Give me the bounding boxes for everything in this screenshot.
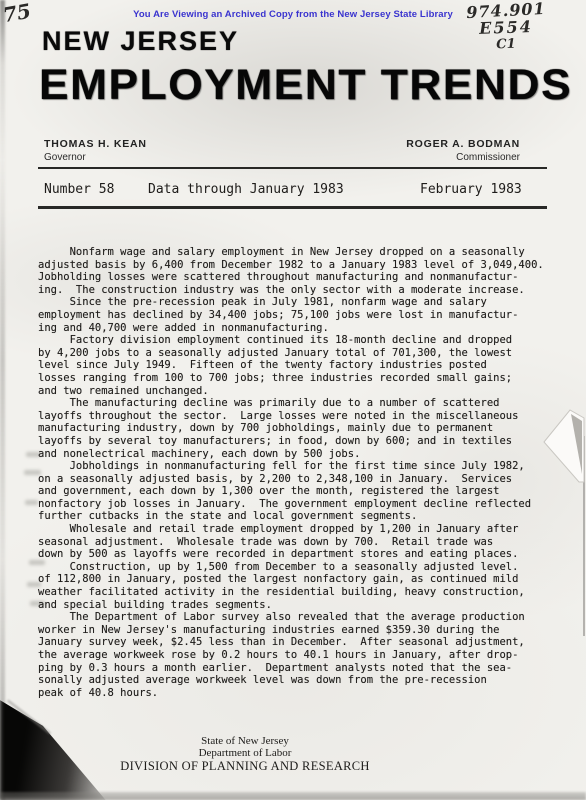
body-paragraph: Wholesale and retail trade employment dr… <box>38 523 544 561</box>
body-paragraph: The Department of Labor survey also reve… <box>38 611 544 699</box>
masthead-state: NEW JERSEY <box>42 26 239 57</box>
body-paragraph: Jobholdings in nonmanufacturing fell for… <box>38 460 544 523</box>
document-footer: State of New Jersey Department of Labor … <box>120 735 370 773</box>
governor-name: THOMAS H. KEAN <box>44 138 147 150</box>
footer-division: DIVISION OF PLANNING AND RESEARCH <box>120 760 370 773</box>
page-curl-dogear <box>540 408 586 488</box>
body-paragraph: Factory division employment continued it… <box>38 334 544 397</box>
commissioner-title: Commissioner <box>406 152 520 163</box>
body-paragraph: Nonfarm wage and salary employment in Ne… <box>38 246 544 296</box>
body-paragraph: The manufacturing decline was primarily … <box>38 397 544 460</box>
issue-number: Number 58 <box>44 182 114 197</box>
governor-block: THOMAS H. KEAN Governor <box>44 138 147 163</box>
horizontal-rule <box>38 206 547 209</box>
scan-edge-shadow-bottom <box>0 792 586 800</box>
issue-coverage: Data through January 1983 <box>148 182 344 197</box>
horizontal-rule <box>38 167 547 169</box>
body-paragraph: Construction, up by 1,500 from December … <box>38 561 544 611</box>
bleedthrough-smudge <box>25 500 38 505</box>
handwritten-page-mark: 75 <box>1 0 33 27</box>
call-number-line3: C1 <box>450 34 563 55</box>
handwritten-call-number: 974.901 E554 C1 <box>450 2 562 53</box>
commissioner-name: ROGER A. BODMAN <box>406 138 520 150</box>
governor-title: Governor <box>44 152 147 163</box>
commissioner-block: ROGER A. BODMAN Commissioner <box>406 138 520 163</box>
scan-edge-shadow-left <box>0 0 5 800</box>
masthead-title: EMPLOYMENT TRENDS <box>39 61 572 110</box>
footer-department: Department of Labor <box>120 747 370 759</box>
scanned-document-page: You Are Viewing an Archived Copy from th… <box>0 0 586 800</box>
body-paragraph: Since the pre-recession peak in July 198… <box>38 296 544 334</box>
archive-banner: You Are Viewing an Archived Copy from th… <box>133 9 453 20</box>
issue-date: February 1983 <box>420 182 522 197</box>
article-body: Nonfarm wage and salary employment in Ne… <box>38 246 544 699</box>
footer-state: State of New Jersey <box>120 735 370 747</box>
